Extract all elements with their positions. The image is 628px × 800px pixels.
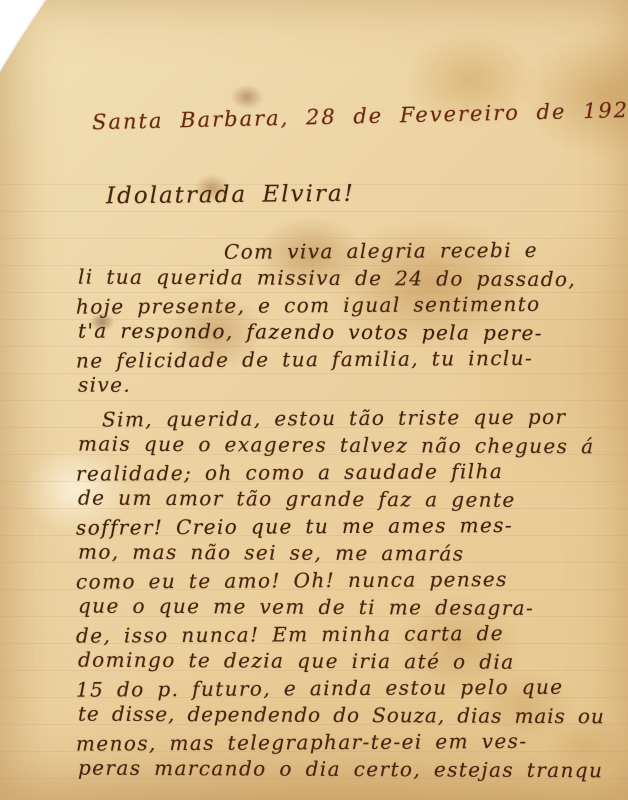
letter-line: soffrer! Creio que tu me ames mes-: [76, 511, 628, 541]
letter-line: te disse, dependendo do Souza, dias mais…: [78, 701, 628, 731]
letter-scan: Santa Barbara, 28 de Fevereiro de 1922 I…: [0, 0, 628, 800]
letter-line: hoje presente, e com igual sentimento: [76, 290, 628, 320]
letter-line: sive.: [78, 372, 628, 402]
letter-line: 15 do p. futuro, e ainda estou pelo que: [76, 673, 628, 703]
letter-line: menos, mas telegraphar-te-ei em ves-: [76, 727, 628, 757]
letter-line: Com viva alegria recebi e: [76, 236, 628, 266]
letter-line: domingo te dezia que iria até o dia: [78, 647, 628, 677]
letter-line: li tua querida missiva de 24 do passado,: [78, 264, 628, 294]
letter-line: de, isso nunca! Em minha carta de: [76, 619, 628, 649]
letter-line: t'a respondo, fazendo votos pela pere-: [78, 318, 628, 348]
letter-line: que o que me vem de ti me desagra-: [78, 593, 628, 623]
letter-line: peras marcando o dia certo, estejas tran…: [78, 755, 628, 785]
letter-line: como eu te amo! Oh! nunca penses: [76, 565, 628, 595]
salutation: Idolatrada Elvira!: [106, 181, 355, 210]
letter-line: mo, mas não sei se, me amarás: [78, 539, 628, 569]
letter-line: de um amor tão grande faz a gente: [78, 485, 628, 515]
letter-line: realidade; oh como a saudade filha: [76, 457, 628, 487]
letter-line: Sim, querida, estou tão triste que por: [76, 403, 628, 433]
letter-line: ne felicidade de tua familia, tu inclu-: [76, 344, 628, 374]
paragraph-1: Com viva alegria recebi e li tua querida…: [76, 238, 628, 400]
letter-line: mais que o exageres talvez não chegues á: [78, 431, 628, 461]
paragraph-2: Sim, querida, estou tão triste que por m…: [76, 405, 628, 783]
